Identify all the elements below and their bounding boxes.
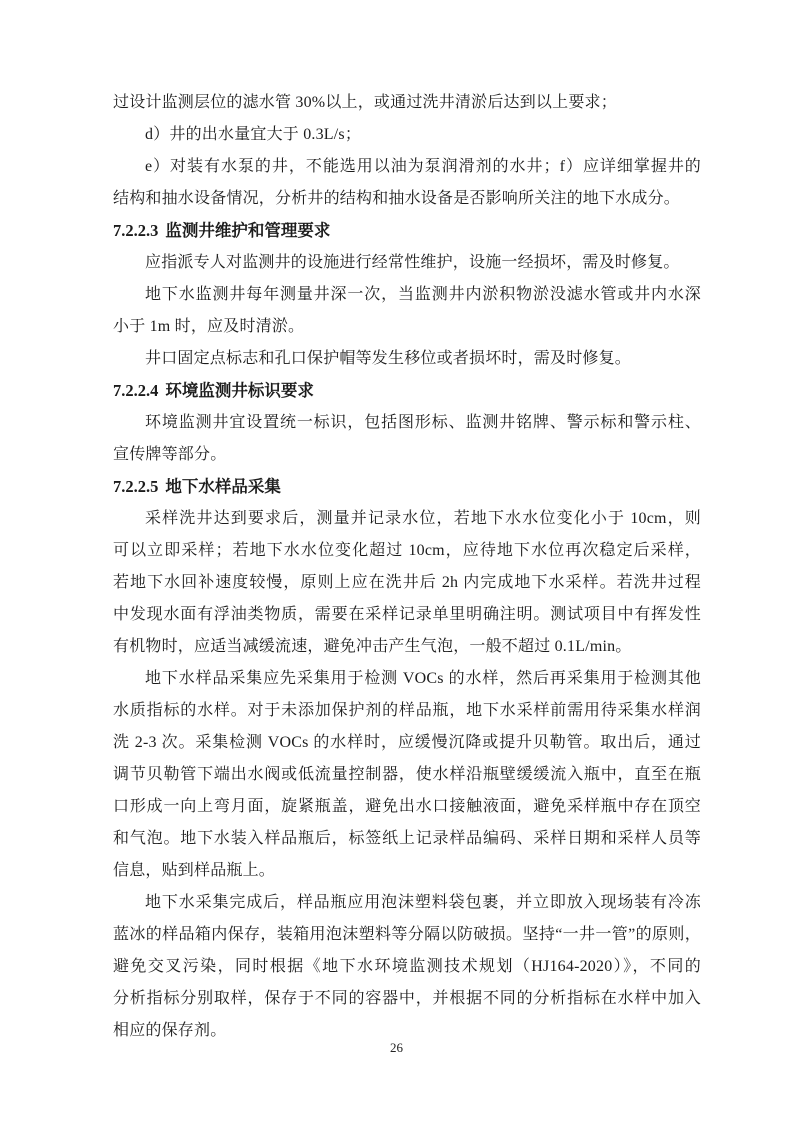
text-line: 水质指标的水样。对于未添加保护剂的样品瓶，地下水采样前需用待采集水样润 (113, 695, 701, 727)
paragraph: 过设计监测层位的滤水管 30%以上，或通过洗井清淤后达到以上要求； (113, 87, 701, 119)
text-line: 和气泡。地下水装入样品瓶后，标签纸上记录样品编码、采样日期和采样人员等 (113, 823, 701, 855)
text-line: 过设计监测层位的滤水管 30%以上，或通过洗井清淤后达到以上要求； (113, 87, 701, 119)
text-line: 分析指标分别取样，保存于不同的容器中，并根据不同的分析指标在水样中加入 (113, 983, 701, 1015)
text-line: 应指派专人对监测井的设施进行经常性维护，设施一经损坏，需及时修复。 (113, 247, 701, 279)
paragraph: 采样洗井达到要求后，测量并记录水位，若地下水水位变化小于 10cm，则可以立即采… (113, 503, 701, 663)
text-line: 有机物时，应适当减缓流速，避免冲击产生气泡，一般不超过 0.1L/min。 (113, 631, 701, 663)
document-page: 过设计监测层位的滤水管 30%以上，或通过洗井清淤后达到以上要求；d）井的出水量… (0, 0, 793, 1122)
paragraph: 应指派专人对监测井的设施进行经常性维护，设施一经损坏，需及时修复。 (113, 247, 701, 279)
text-line: 信息，贴到样品瓶上。 (113, 855, 701, 887)
section-heading: 7.2.2.4环境监测井标识要求 (113, 375, 701, 407)
text-line: 结构和抽水设备情况，分析井的结构和抽水设备是否影响所关注的地下水成分。 (113, 183, 701, 215)
document-content: 过设计监测层位的滤水管 30%以上，或通过洗井清淤后达到以上要求；d）井的出水量… (113, 87, 701, 1047)
section-heading: 7.2.2.3监测井维护和管理要求 (113, 215, 701, 247)
text-line: 地下水监测井每年测量井深一次，当监测井内淤积物淤没滤水管或井内水深 (113, 279, 701, 311)
section-title: 地下水样品采集 (165, 477, 281, 496)
text-line: 口形成一向上弯月面，旋紧瓶盖，避免出水口接触液面，避免采样瓶中存在顶空 (113, 791, 701, 823)
text-line: 中发现水面有浮油类物质，需要在采样记录单里明确注明。测试项目中有挥发性 (113, 599, 701, 631)
text-line: e）对装有水泵的井，不能选用以油为泵润滑剂的水井；f）应详细掌握井的 (113, 151, 701, 183)
text-line: 调节贝勒管下端出水阀或低流量控制器，使水样沿瓶壁缓缓流入瓶中，直至在瓶 (113, 759, 701, 791)
paragraph: 地下水监测井每年测量井深一次，当监测井内淤积物淤没滤水管或井内水深小于 1m 时… (113, 279, 701, 343)
text-line: 洗 2-3 次。采集检测 VOCs 的水样时，应缓慢沉降或提升贝勒管。取出后，通… (113, 727, 701, 759)
text-line: 地下水样品采集应先采集用于检测 VOCs 的水样，然后再采集用于检测其他 (113, 663, 701, 695)
section-heading: 7.2.2.5地下水样品采集 (113, 471, 701, 503)
section-number: 7.2.2.5 (113, 477, 158, 496)
text-line: 环境监测井宜设置统一标识，包括图形标、监测井铭牌、警示标和警示柱、 (113, 407, 701, 439)
paragraph: 地下水采集完成后，样品瓶应用泡沫塑料袋包裹，并立即放入现场装有冷冻蓝冰的样品箱内… (113, 887, 701, 1047)
text-line: 避免交叉污染，同时根据《地下水环境监测技术规划（HJ164-2020）》，不同的 (113, 951, 701, 983)
section-number: 7.2.2.3 (113, 221, 158, 240)
page-number: 26 (390, 1040, 403, 1055)
text-line: 采样洗井达到要求后，测量并记录水位，若地下水水位变化小于 10cm，则 (113, 503, 701, 535)
text-line: 小于 1m 时，应及时清淤。 (113, 311, 701, 343)
text-line: 可以立即采样；若地下水水位变化超过 10cm，应待地下水位再次稳定后采样， (113, 535, 701, 567)
paragraph: e）对装有水泵的井，不能选用以油为泵润滑剂的水井；f）应详细掌握井的结构和抽水设… (113, 151, 701, 215)
paragraph: 井口固定点标志和孔口保护帽等发生移位或者损坏时，需及时修复。 (113, 343, 701, 375)
page-footer: 26 (0, 1040, 793, 1056)
text-line: 若地下水回补速度较慢，原则上应在洗井后 2h 内完成地下水采样。若洗井过程 (113, 567, 701, 599)
section-title: 监测井维护和管理要求 (165, 221, 330, 240)
text-line: 地下水采集完成后，样品瓶应用泡沫塑料袋包裹，并立即放入现场装有冷冻 (113, 887, 701, 919)
text-line: d）井的出水量宜大于 0.3L/s； (113, 119, 701, 151)
text-line: 宣传牌等部分。 (113, 439, 701, 471)
section-number: 7.2.2.4 (113, 381, 158, 400)
section-title: 环境监测井标识要求 (165, 381, 314, 400)
paragraph: 环境监测井宜设置统一标识，包括图形标、监测井铭牌、警示标和警示柱、宣传牌等部分。 (113, 407, 701, 471)
paragraph: 地下水样品采集应先采集用于检测 VOCs 的水样，然后再采集用于检测其他水质指标… (113, 663, 701, 887)
text-line: 蓝冰的样品箱内保存，装箱用泡沫塑料等分隔以防破损。坚持“一井一管”的原则， (113, 919, 701, 951)
paragraph: d）井的出水量宜大于 0.3L/s； (113, 119, 701, 151)
text-line: 井口固定点标志和孔口保护帽等发生移位或者损坏时，需及时修复。 (113, 343, 701, 375)
